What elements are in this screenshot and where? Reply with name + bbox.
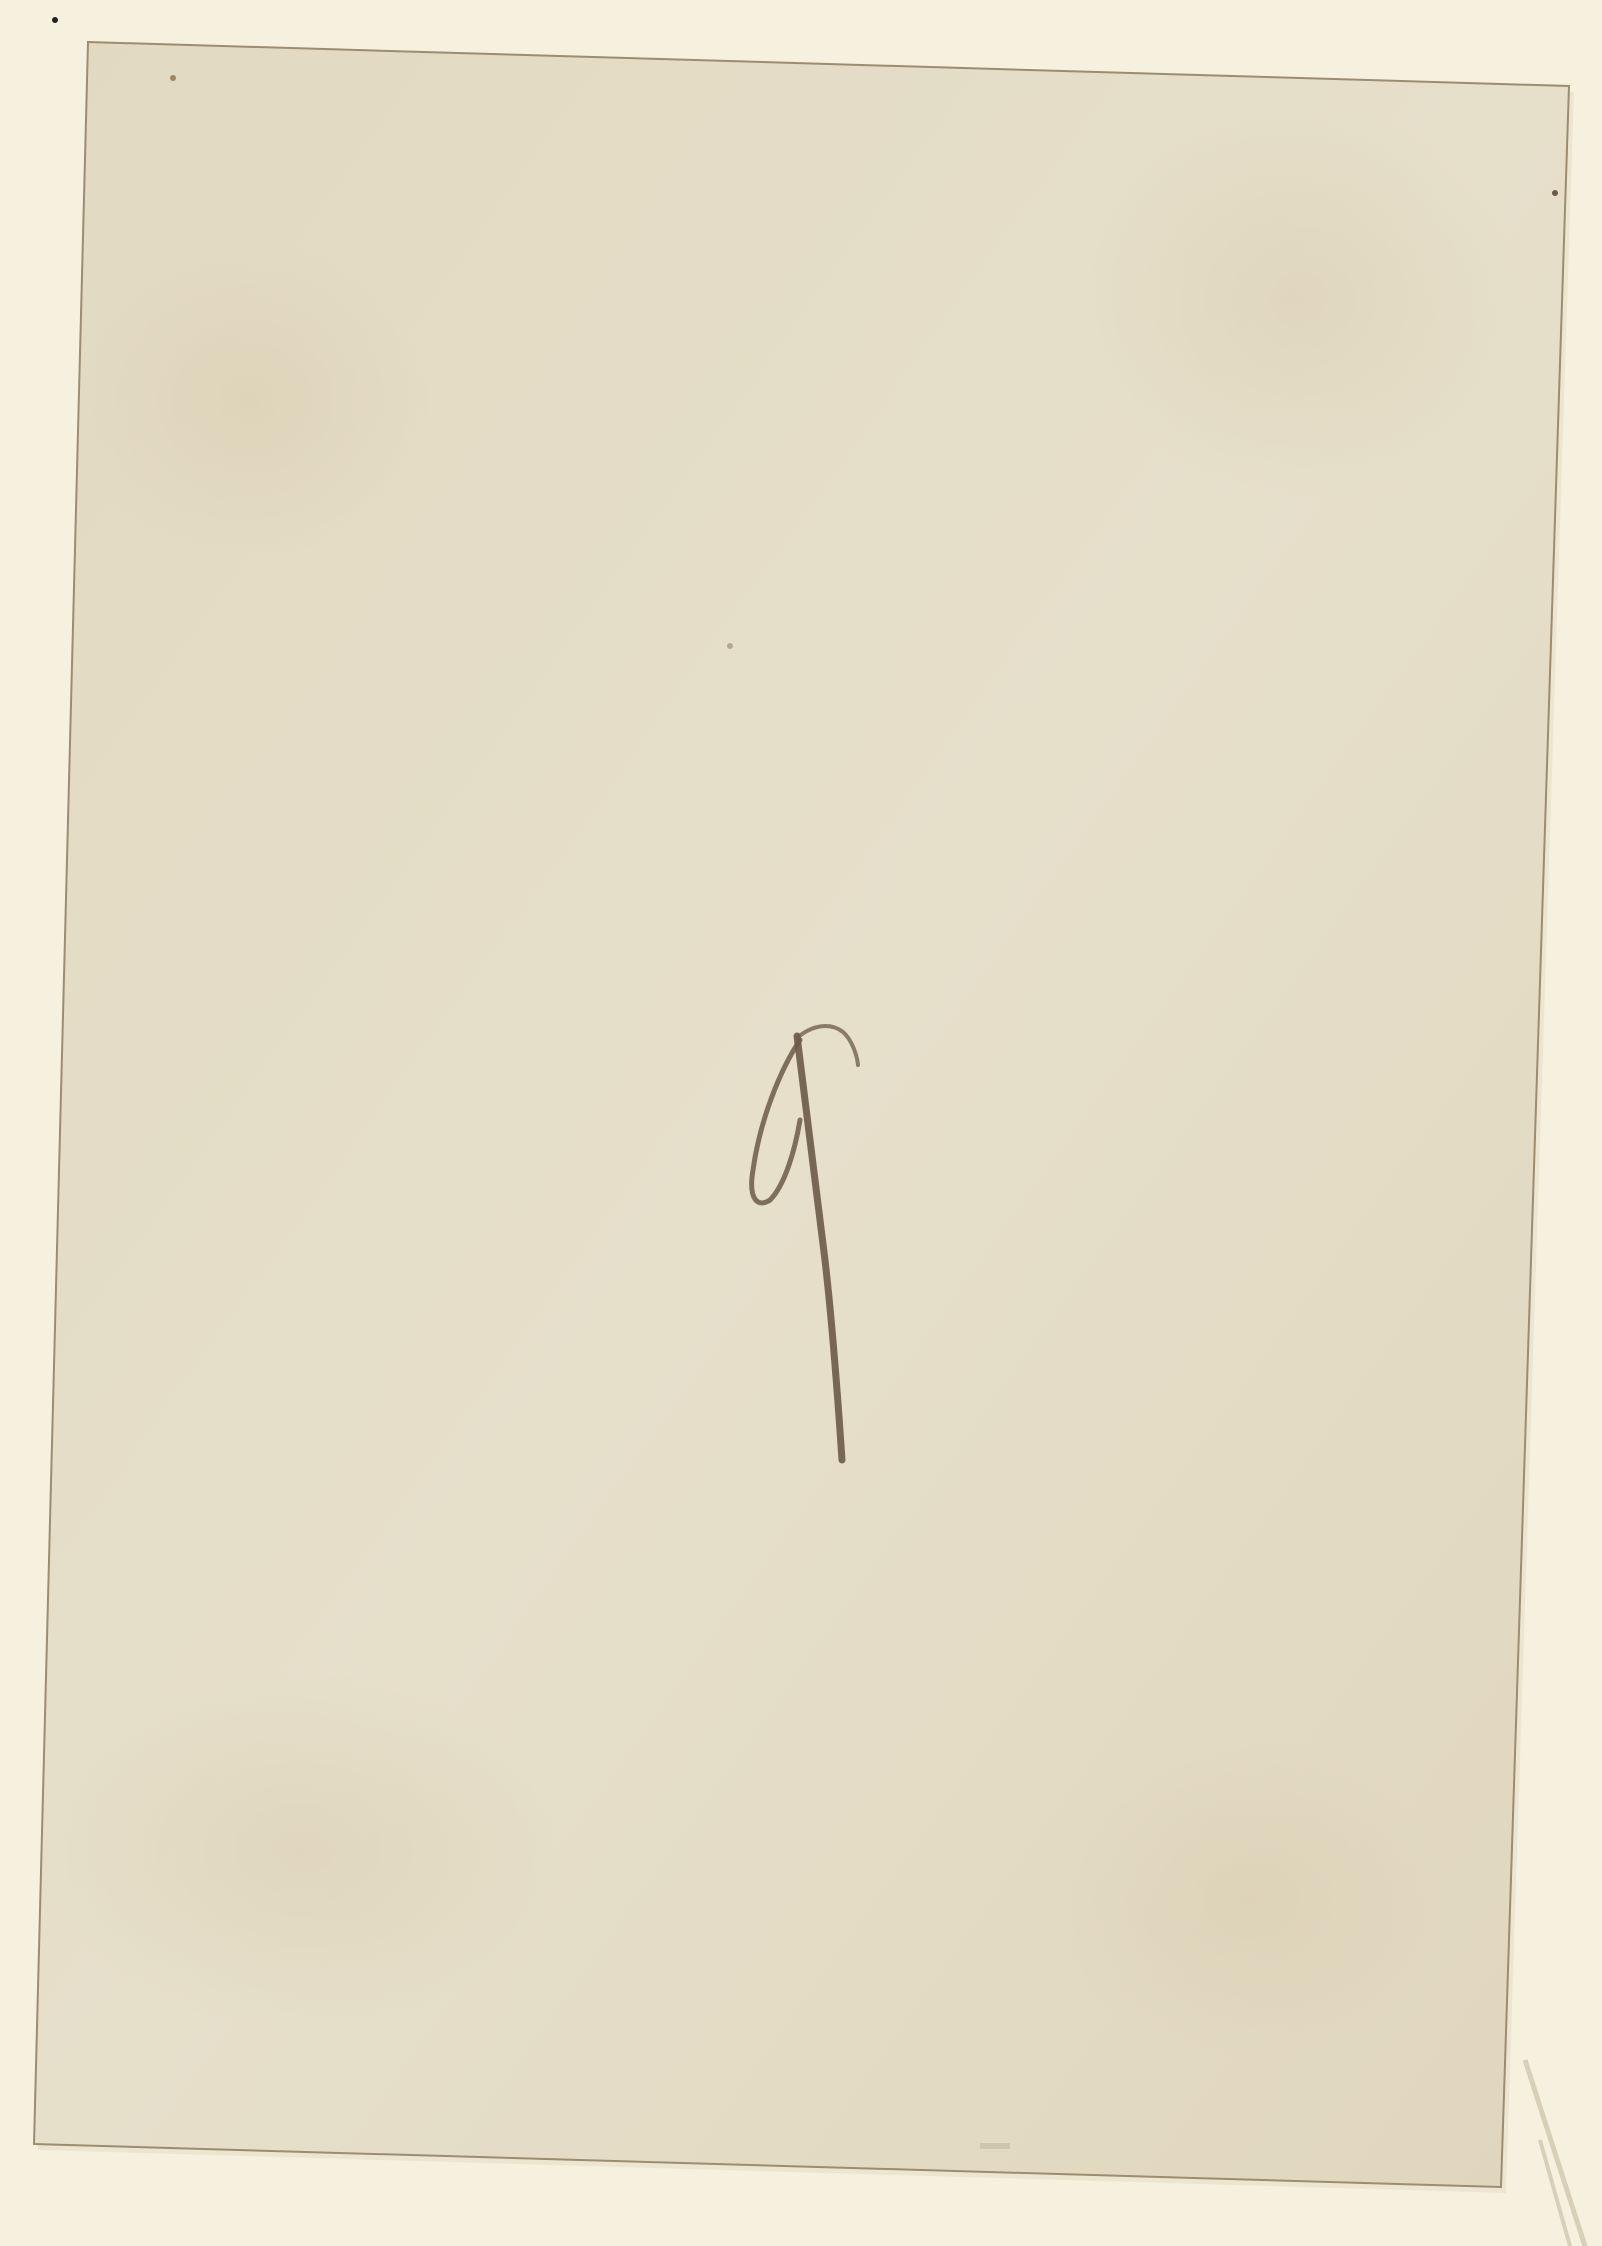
age-stain: [1080, 100, 1520, 500]
speck: [980, 2143, 1010, 2149]
speck: [727, 643, 733, 649]
scanned-card: [0, 0, 1602, 2246]
speck: [1552, 190, 1558, 196]
age-stain: [40, 1670, 560, 2030]
age-stain: [1050, 1740, 1450, 2060]
speck: [170, 75, 176, 81]
speck: [52, 17, 58, 23]
age-stain: [70, 240, 430, 560]
